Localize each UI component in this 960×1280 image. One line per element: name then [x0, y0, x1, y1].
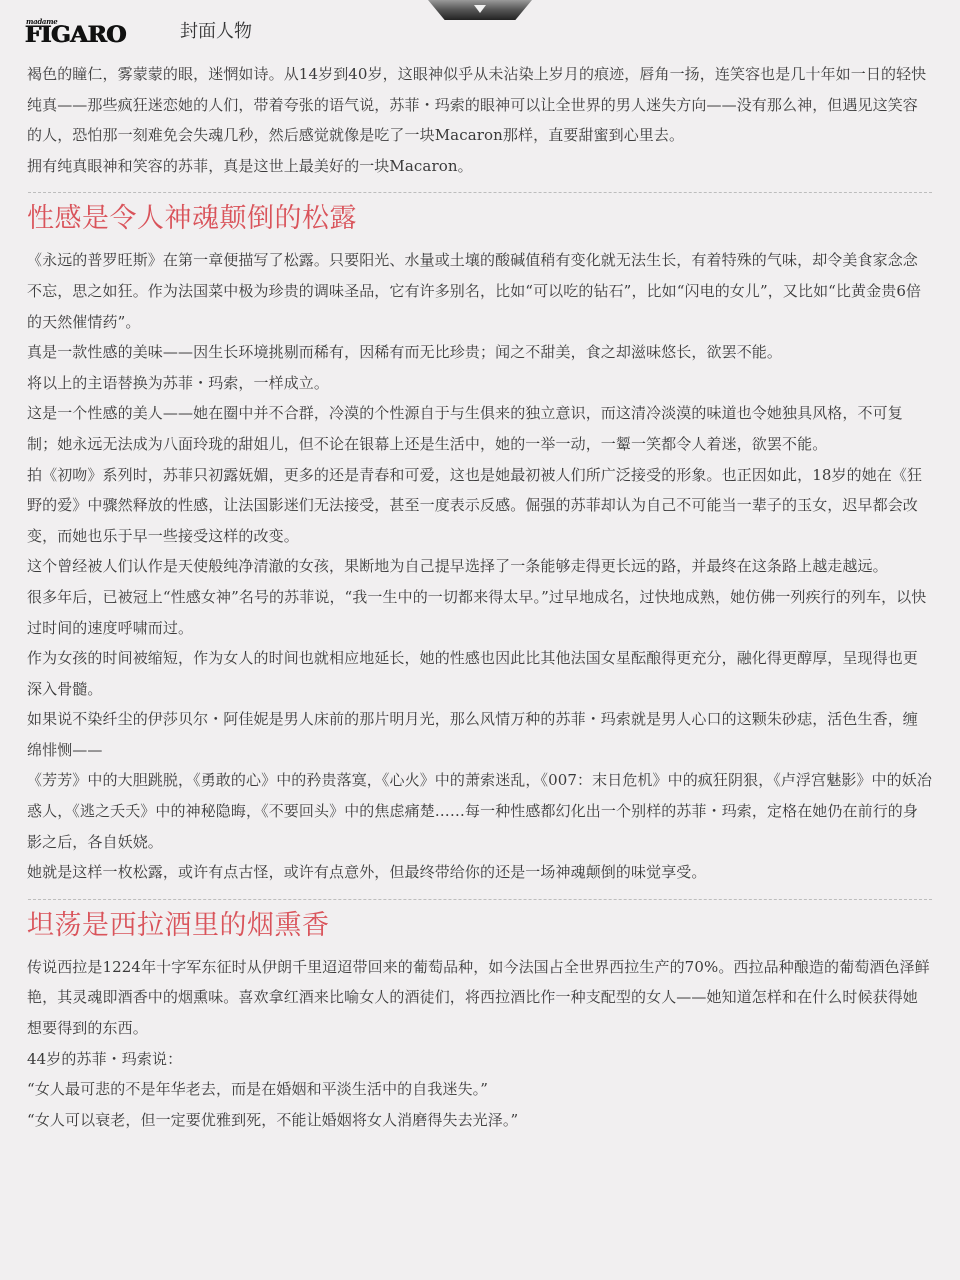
section-divider	[28, 899, 932, 900]
section-syrah: 坦荡是西拉酒里的烟熏香 传说西拉是1224年十字军东征时从伊朗千里迢迢带回来的葡…	[27, 908, 932, 1136]
section-truffle: 性感是令人神魂颠倒的松露 《永远的普罗旺斯》在第一章便描写了松露。只要阳光、水量…	[27, 201, 932, 887]
section-divider	[28, 192, 932, 193]
paragraph: 褐色的瞳仁，雾蒙蒙的眼，迷惘如诗。从14岁到40岁，这眼神似乎从未沾染上岁月的痕…	[27, 59, 932, 151]
quote-paragraph: “女人最可悲的不是年华老去，而是在婚姻和平淡生活中的自我迷失。”	[27, 1074, 932, 1105]
paragraph: 真是一款性感的美味——因生长环境挑剔而稀有，因稀有而无比珍贵；闻之不甜美，食之却…	[27, 337, 932, 368]
paragraph: 传说西拉是1224年十字军东征时从伊朗千里迢迢带回来的葡萄品种，如今法国占全世界…	[27, 952, 932, 1044]
page-header: madame FIGARO 封面人物	[25, 16, 252, 46]
logo-figaro-text: FIGARO	[25, 24, 126, 46]
paragraph: 如果说不染纤尘的伊莎贝尔・阿佳妮是男人床前的那片明月光，那么风情万种的苏菲・玛索…	[27, 704, 932, 765]
pull-down-tab[interactable]	[428, 0, 532, 20]
paragraph: 作为女孩的时间被缩短，作为女人的时间也就相应地延长，她的性感也因此比其他法国女星…	[27, 643, 932, 704]
chevron-down-icon	[474, 5, 486, 13]
paragraph: 这个曾经被人们认作是天使般纯净清澈的女孩，果断地为自己提早选择了一条能够走得更长…	[27, 551, 932, 582]
paragraph: 拥有纯真眼神和笑容的苏菲，真是这世上最美好的一块Macaron。	[27, 151, 932, 182]
article-body: 褐色的瞳仁，雾蒙蒙的眼，迷惘如诗。从14岁到40岁，这眼神似乎从未沾染上岁月的痕…	[27, 59, 932, 1135]
section-heading: 坦荡是西拉酒里的烟熏香	[27, 908, 932, 944]
paragraph: 《芳芳》中的大胆跳脱，《勇敢的心》中的矜贵落寞，《心火》中的萧索迷乱，《007：…	[27, 765, 932, 857]
paragraph: 这是一个性感的美人——她在圈中并不合群，冷漠的个性源自于与生俱来的独立意识，而这…	[27, 398, 932, 459]
figaro-logo: madame FIGARO	[25, 18, 171, 46]
section-heading: 性感是令人神魂颠倒的松露	[27, 201, 932, 237]
quote-paragraph: “女人可以衰老，但一定要优雅到死，不能让婚姻将女人消磨得失去光泽。”	[27, 1105, 932, 1136]
paragraph: 她就是这样一枚松露，或许有点古怪，或许有点意外，但最终带给你的还是一场神魂颠倒的…	[27, 857, 932, 888]
paragraph: 将以上的主语替换为苏菲・玛索，一样成立。	[27, 368, 932, 399]
paragraph: 44岁的苏菲・玛索说：	[27, 1044, 932, 1075]
section-label: 封面人物	[180, 18, 252, 46]
intro-section: 褐色的瞳仁，雾蒙蒙的眼，迷惘如诗。从14岁到40岁，这眼神似乎从未沾染上岁月的痕…	[27, 59, 932, 181]
paragraph: 很多年后，已被冠上“性感女神”名号的苏菲说，“我一生中的一切都来得太早。”过早地…	[27, 582, 932, 643]
paragraph: 拍《初吻》系列时，苏菲只初露妩媚，更多的还是青春和可爱，这也是她最初被人们所广泛…	[27, 460, 932, 552]
paragraph: 《永远的普罗旺斯》在第一章便描写了松露。只要阳光、水量或土壤的酸碱值稍有变化就无…	[27, 245, 932, 337]
